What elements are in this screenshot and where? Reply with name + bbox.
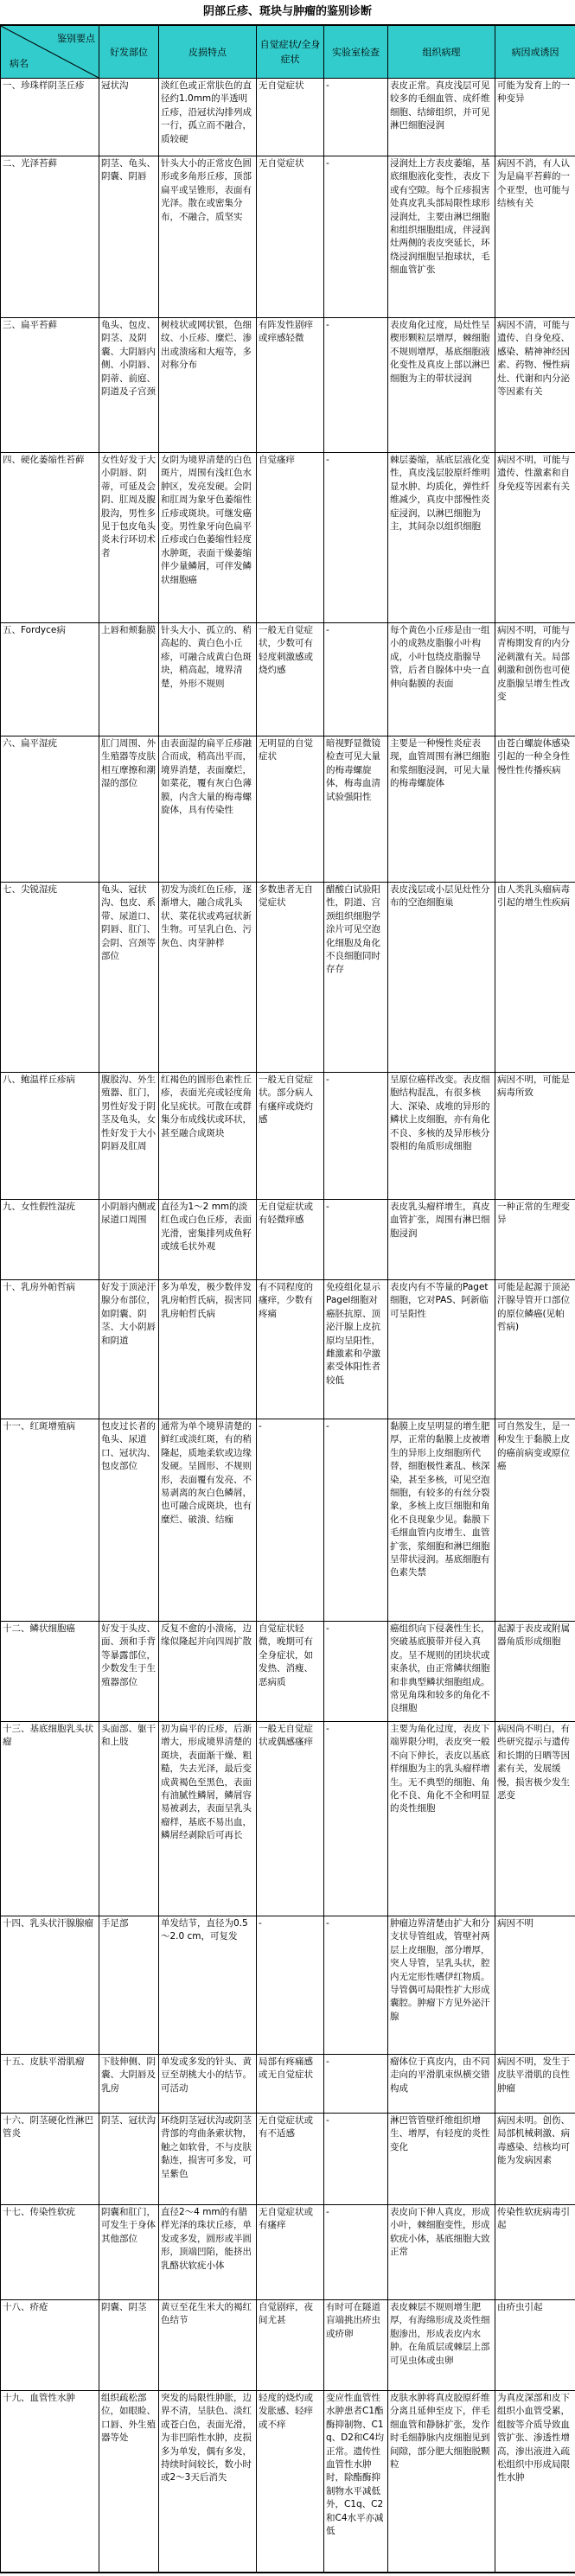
lesion-cell: 反复不愈的小溃疡，边缘似隆起并向四周扩散	[159, 1622, 257, 1722]
site-cell: 手足部	[99, 1916, 159, 2055]
site-cell: 女性好发于大小阴唇、阴蒂，可延及会阴、肛周及腹股沟，男性多见于包皮龟头炎未行环切…	[99, 453, 159, 623]
column-header-pathology: 组织病理	[388, 25, 495, 79]
symptom-cell: 一般无自觉症状。部分病人有瘙痒或烧灼感	[257, 1073, 324, 1200]
lab-cell: 变应性血管性水肿患者C1酯酶抑制物、C1q、D2和C4均正常。遗传性血管性水肿时…	[324, 2391, 388, 2573]
site-cell: 组织疏松部位，如眼睑、口唇、外生殖器等处	[99, 2391, 159, 2573]
site-cell: 阴茎、龟头、阴囊、阴唇	[99, 156, 159, 318]
cause-cell: 病因不明，发生于皮肤平滑肌的良性肿瘤	[495, 2055, 575, 2114]
table-row: 十、乳房外帕哲病好发于顶泌汗腺分布部位，如阴囊、阴茎、大小阴唇和阴道多为单发，极…	[1, 1280, 575, 1419]
disease-name-cell: 四、硬化萎缩性苔藓	[1, 453, 99, 623]
cause-cell: 病因不明，可能与遗传、性激素和自身免疫等因素有关	[495, 453, 575, 623]
lesion-cell: 多为单发，极少数伴发乳房帕哲氏病，损害同乳房帕哲氏病	[159, 1280, 257, 1419]
table-row: 十九、血管性水肿组织疏松部位，如眼睑、口唇、外生殖器等处突发的局限性肿胀，边界不…	[1, 2391, 575, 2573]
table-row: 三、扁平苔藓龟头、包皮、阴茎、及阴囊、大阴唇内侧、小阴唇、阴蒂、前庭、阴道及子宫…	[1, 318, 575, 453]
site-cell: 龟头、冠状沟、包皮、系带、尿道口、阴唇、肛门、会阴、宫颈等部位	[99, 883, 159, 1073]
lab-cell: 有时可在隧道盲端挑出疥虫或疥卵	[324, 2300, 388, 2391]
pathology-cell: 棘层萎缩，基底层液化变性，真皮浅层胶原纤维明显水肿、均质化，弹性纤维减少，真皮中…	[388, 453, 495, 623]
cause-cell: 由苍白螺旋体感染引起的一种全身性慢性性传播疾病	[495, 736, 575, 883]
site-cell: 阴茎、冠状沟	[99, 2114, 159, 2205]
pathology-cell: 表皮乳头瘤样增生，真皮血管扩张，周围有淋巴细胞浸润	[388, 1200, 495, 1280]
table-row: 十五、皮肤平滑肌瘤下肢伸侧、阴囊、大阴唇及乳房单发或多发的针头、黄豆至胡桃大小的…	[1, 2055, 575, 2114]
pathology-cell: 呈原位癌样改变。表皮细胞结构混乱，有很多核大、深染、成堆的异形的鳞状上皮细胞，亦…	[388, 1073, 495, 1200]
pathology-cell: 主要是一种慢性炎症表现，血管周围有淋巴细胞和浆细胞浸润，可见大量的梅毒螺旋体	[388, 736, 495, 883]
cause-cell: 可能是起源于顶泌汗腺导管开口部位的原位鳞癌(见帕哲病)	[495, 1280, 575, 1419]
symptom-cell: 自觉症状轻微，晚期可有全身症状，如发热、消瘦、恶病质	[257, 1622, 324, 1722]
table-row: 一、珍珠样阴茎丘疹冠状沟淡红色或正常肤色的直径约1.0mm的半透明丘疹，沿冠状沟…	[1, 79, 575, 156]
lesion-cell: 通常为单个境界清楚的鲜红或淡红斑，有的稍隆起，质地柔软或边缘发硬。呈圆形、不规则…	[159, 1419, 257, 1622]
lesion-cell: 单发或多发的针头、黄豆至胡桃大小的结节。可活动	[159, 2055, 257, 2114]
lab-cell: 免疫组化显示Pagel细胞对癌胚抗原、顶泌汗腺上皮抗原均呈阳性，雌激素和孕激素受…	[324, 1280, 388, 1419]
page-title: 阴部丘疹、斑块与肿瘤的鉴别诊断	[0, 0, 575, 24]
lesion-cell: 针头大小的正常皮色圆形或多角形丘疹，顶部扁平或呈锥形，表面有光泽。散在或密集分布…	[159, 156, 257, 318]
lab-cell: -	[324, 2114, 388, 2205]
pathology-cell: 每个黄色小丘疹是由一组小的成熟皮脂腺小叶构成，小叶包绕皮脂腺导管，后者自腺体中央…	[388, 623, 495, 736]
lesion-cell: 红褐色的圆形色素性丘疹，表面光亮或轻度角化呈疣状。可散在或群集分布成线状或环状，…	[159, 1073, 257, 1200]
lesion-cell: 由表面湿的扁平丘疹融合而成，稍高出平而，境界消楚，表面糜烂，如菜花，覆有灰白色薄…	[159, 736, 257, 883]
lab-cell: -	[324, 156, 388, 318]
pathology-cell: 表皮浅层或小层见灶性分布的空泡细胞巢	[388, 883, 495, 1073]
symptom-cell: 无自觉症状或有瘙痒	[257, 2205, 324, 2300]
symptom-cell: 局部有疼痛感或无自觉症状	[257, 2055, 324, 2114]
lab-cell: -	[324, 1073, 388, 1200]
lab-cell: 暗视野显微镜检查可见大量的梅毒螺旋体，梅毒血清试验强阳性	[324, 736, 388, 883]
pathology-cell: 表皮正常。真皮浅层可见较多的毛细血管、成纤维细胞、结缔组织，并可见淋巴细胞浸润	[388, 79, 495, 156]
lab-cell: -	[324, 1200, 388, 1280]
cause-cell: 病因不明，可能与青梅期发育的内分泌刺激有关。局部刺激和创伤也可使皮脂腺呈增生性改…	[495, 623, 575, 736]
table-row: 十七、传染性软疣阴囊和肛门，可发生于身体其他部位直径2～4 mm的有腊样光泽的珠…	[1, 2205, 575, 2300]
symptom-cell: -	[257, 1419, 324, 1622]
lab-cell: -	[324, 1916, 388, 2055]
column-header-cause: 病因或诱因	[495, 25, 575, 79]
site-cell: 冠状沟	[99, 79, 159, 156]
cause-cell: 可能为发育上的一种变异	[495, 79, 575, 156]
cause-cell: 可自然发生，是一种发生于黏膜上皮的癌前病变或原位癌	[495, 1419, 575, 1622]
symptom-cell: 无自觉症状	[257, 79, 324, 156]
symptom-cell: 一般无自觉症状，少数可有轻度刺激感或烧灼感	[257, 623, 324, 736]
pathology-cell: 表皮内有不等量的Paget细胞，它对PAS、阿新临可呈阳性	[388, 1280, 495, 1419]
site-cell: 腹股沟、外生殖器、肛门，男性好发于阴茎及龟头，女性好发于大小阴唇及肛周	[99, 1073, 159, 1200]
cause-cell: 病因尚不明白，有些研究提示与遗传和长期的日晒等因素有关，发展缓慢，损害极少发生恶…	[495, 1722, 575, 1916]
table-row: 十八、疥疮阴囊、阴茎黄豆至花生米大的褐红色结节自觉剧痒，夜间尤甚有时可在隧道盲端…	[1, 2300, 575, 2391]
column-header-lesion: 皮损特点	[159, 25, 257, 79]
symptom-cell: 无自觉症状或有不适感	[257, 2114, 324, 2205]
table-row: 二、光泽苔藓阴茎、龟头、阴囊、阴唇针头大小的正常皮色圆形或多角形丘疹，顶部扁平或…	[1, 156, 575, 318]
corner-header-cell: 鉴别要点 病名	[1, 25, 99, 79]
pathology-cell: 淋巴管管壁纤维组织增生、增厚，有轻度的炎性变化	[388, 2114, 495, 2205]
symptom-cell: 无明显的自觉症状	[257, 736, 324, 883]
table-row: 十四、乳头状汗腺腺瘤手足部单发结节，直径为0.5～2.0 cm，可复发--肿瘤边…	[1, 1916, 575, 2055]
lesion-cell: 突发的局限性肿胀，边界不清，呈肤色、淡红或苍白色，表面光滑，为非凹陷性水肿，皮损…	[159, 2391, 257, 2573]
corner-criteria-label: 鉴别要点	[57, 31, 95, 46]
lesion-cell: 女阴为境界清楚的白色斑片，周围有浅红色水肿区，发亮发硬。会阴和肛周为象牙色萎缩性…	[159, 453, 257, 623]
disease-name-cell: 三、扁平苔藓	[1, 318, 99, 453]
column-header-site: 好发部位	[99, 25, 159, 79]
lesion-cell: 淡红色或正常肤色的直径约1.0mm的半透明丘疹，沿冠状沟排列成一行，孤立而不融合…	[159, 79, 257, 156]
pathology-cell: 主要为角化过度，表皮下端界限分明，表皮突一般不向下伸长，表皮以基底样细胞为主的乳…	[388, 1722, 495, 1916]
column-header-lab: 实验室检查	[324, 25, 388, 79]
lesion-cell: 单发结节，直径为0.5～2.0 cm，可复发	[159, 1916, 257, 2055]
cause-cell: 为真皮深部和皮下组织小血管受累，组胺等介质导致血管扩张、渗透性增高，渗出液进入疏…	[495, 2391, 575, 2573]
table-row: 七、尖锐湿疣龟头、冠状沟、包皮、系带、尿道口、阴唇、肛门、会阴、宫颈等部位初发为…	[1, 883, 575, 1073]
symptom-cell: 无自觉症状	[257, 156, 324, 318]
lab-cell: -	[324, 1622, 388, 1722]
pathology-cell: 表皮棘层不规则增生肥厚，有海绵形成及炎性细胞渗出，形成表皮内水肿。在角质层或棘层…	[388, 2300, 495, 2391]
cause-cell: 一种正常的生理变异	[495, 1200, 575, 1280]
table-row: 五、Fordyce病上唇和颊黏膜针头大小、孤立的、稍高起的、黄白色小丘疹，可融合…	[1, 623, 575, 736]
symptom-cell: 自觉瘙痒	[257, 453, 324, 623]
lab-cell: -	[324, 79, 388, 156]
table-row: 六、扁平湿疣肛门周围、外生殖器等皮肤相互摩擦和潮湿的部位由表面湿的扁平丘疹融合而…	[1, 736, 575, 883]
disease-name-cell: 六、扁平湿疣	[1, 736, 99, 883]
lesion-cell: 树枝状或网状银，色细纹、小丘疹、糜烂、渗出或溃疡和大疱等，多对称分布	[159, 318, 257, 453]
lesion-cell: 直径为1～2 mm的淡红色或白色丘疹，表面光滑，密集排列成鱼籽或绒毛状外观	[159, 1200, 257, 1280]
lab-cell: 醋酸白试验阳性，阴道、宫颈组织细胞学涂片可见空泡化细胞及角化不良细胞同时存存	[324, 883, 388, 1073]
symptom-cell: 无自觉症状或有轻微痒感	[257, 1200, 324, 1280]
disease-name-cell: 一、珍珠样阴茎丘疹	[1, 79, 99, 156]
disease-name-cell: 五、Fordyce病	[1, 623, 99, 736]
pathology-cell: 浸润灶上方表皮萎缩，基底细胞液化变性，表皮下或有空隙。每个丘疹损害处真皮乳头部局…	[388, 156, 495, 318]
cause-cell: 病因未明。创伤、局部机械刺激、病毒感染、结核均可能为发病因素	[495, 2114, 575, 2205]
disease-name-cell: 八、鲍温样丘疹病	[1, 1073, 99, 1200]
disease-name-cell: 二、光泽苔藓	[1, 156, 99, 318]
symptom-cell: 多数患者无自觉症状	[257, 883, 324, 1073]
table-row: 十一、红斑增殖病包皮过长者的龟头、尿道口、冠状沟、包皮部位通常为单个境界清楚的鲜…	[1, 1419, 575, 1622]
cause-cell: 病因不清，可能与遗传、自身免疫、感染、精神神经因素、药物、慢性病灶、代谢和内分泌…	[495, 318, 575, 453]
pathology-cell: 表皮角化过度，局灶性呈楔形颗粒层增厚，棘细胞不规则增厚，基底细胞液化变性及真皮上…	[388, 318, 495, 453]
header-row: 鉴别要点 病名 好发部位 皮损特点 自觉症状/全身症状 实验室检查 组织病理 病…	[1, 25, 575, 79]
site-cell: 小阴唇内侧或尿道口周围	[99, 1200, 159, 1280]
disease-name-cell: 十七、传染性软疣	[1, 2205, 99, 2300]
table-row: 十三、基底细胞乳头状瘤头面部、躯干和上肢初为扁平的丘疹，后渐增大，形成境界清楚的…	[1, 1722, 575, 1916]
site-cell: 肛门周围、外生殖器等皮肤相互摩擦和潮湿的部位	[99, 736, 159, 883]
site-cell: 头面部、躯干和上肢	[99, 1722, 159, 1916]
pathology-cell: 肿瘤边界清楚由扩大和分支状导管组成，管壁衬两层上皮细胞，部分增厚，突人导管，呈乳…	[388, 1916, 495, 2055]
site-cell: 龟头、包皮、阴茎、及阴囊、大阴唇内侧、小阴唇、阴蒂、前庭、阴道及子宫颈	[99, 318, 159, 453]
pathology-cell: 瘤体位于真皮内，由不同走向的平滑肌束纵横交错构成	[388, 2055, 495, 2114]
lesion-cell: 黄豆至花生米大的褐红色结节	[159, 2300, 257, 2391]
disease-name-cell: 十三、基底细胞乳头状瘤	[1, 1722, 99, 1916]
table-row: 八、鲍温样丘疹病腹股沟、外生殖器、肛门，男性好发于阴茎及龟头，女性好发于大小阴唇…	[1, 1073, 575, 1200]
symptom-cell: 有不同程度的瘙痒，少数有疼痛	[257, 1280, 324, 1419]
corner-disease-label: 病名	[10, 56, 29, 71]
disease-name-cell: 九、女性假性湿疣	[1, 1200, 99, 1280]
lab-cell: -	[324, 1722, 388, 1916]
cause-cell: 起源于表皮或附属器角质形成细胞	[495, 1622, 575, 1722]
disease-name-cell: 十六、阴茎硬化性淋巴管炎	[1, 2114, 99, 2205]
site-cell: 下肢伸侧、阴囊、大阴唇及乳房	[99, 2055, 159, 2114]
disease-name-cell: 十九、血管性水肿	[1, 2391, 99, 2573]
disease-name-cell: 十、乳房外帕哲病	[1, 1280, 99, 1419]
lesion-cell: 针头大小、孤立的、稍高起的、黄白色小丘疹，可融合成黄白色斑块，稍高起，境界清楚，…	[159, 623, 257, 736]
table-row: 十二、鳞状细胞癌好发于头皮、面、颈和手背等暴露部位，少数发生于生殖器部位反复不愈…	[1, 1622, 575, 1722]
cause-cell: 病因不明，可能是病毒所致	[495, 1073, 575, 1200]
site-cell: 好发于顶泌汗腺分布部位，如阴囊、阴茎、大小阴唇和阴道	[99, 1280, 159, 1419]
lesion-cell: 环绕阴茎冠状沟或阴茎背部的弯曲条索状物，触之如软骨，不与皮肤黏连，损害可多发，可…	[159, 2114, 257, 2205]
table-row: 十六、阴茎硬化性淋巴管炎阴茎、冠状沟环绕阴茎冠状沟或阴茎背部的弯曲条索状物，触之…	[1, 2114, 575, 2205]
symptom-cell: 轻度的烧灼或发胀感、轻痒或不痒	[257, 2391, 324, 2573]
symptom-cell: 有阵发性剧痒或痒感轻微	[257, 318, 324, 453]
cause-cell: 病因不明	[495, 1916, 575, 2055]
site-cell: 阴囊和肛门，可发生于身体其他部位	[99, 2205, 159, 2300]
table-row: 四、硬化萎缩性苔藓女性好发于大小阴唇、阴蒂，可延及会阴、肛周及腹股沟，男性多见于…	[1, 453, 575, 623]
disease-name-cell: 十二、鳞状细胞癌	[1, 1622, 99, 1722]
lesion-cell: 直径2～4 mm的有腊样光泽的珠状丘疹，单发或多发，圆形或半圆形，顶端凹陷，能挤…	[159, 2205, 257, 2300]
disease-name-cell: 七、尖锐湿疣	[1, 883, 99, 1073]
cause-cell: 传染性软疣病毒引起	[495, 2205, 575, 2300]
lesion-cell: 初发为淡红色丘疹，逐渐增大，融合成乳头状、菜花状或鸡冠状新生物。可呈乳白色、污灰…	[159, 883, 257, 1073]
differential-diagnosis-table: 鉴别要点 病名 好发部位 皮损特点 自觉症状/全身症状 实验室检查 组织病理 病…	[0, 24, 575, 2573]
lab-cell: -	[324, 453, 388, 623]
pathology-cell: 皮肤水肿将真皮胶原纤维分离且延伸至皮下，伴毛细血管和静脉扩张，发作时毛细静脉内皮…	[388, 2391, 495, 2573]
disease-name-cell: 十四、乳头状汗腺腺瘤	[1, 1916, 99, 2055]
disease-name-cell: 十五、皮肤平滑肌瘤	[1, 2055, 99, 2114]
lab-cell: -	[324, 1419, 388, 1622]
table-row: 九、女性假性湿疣小阴唇内侧或尿道口周围直径为1～2 mm的淡红色或白色丘疹，表面…	[1, 1200, 575, 1280]
pathology-cell: 癌组织向下侵袭性生长，突破基底膜带并侵入真皮。呈不规则的团块状或束条状，由正常鳞…	[388, 1622, 495, 1722]
disease-name-cell: 十八、疥疮	[1, 2300, 99, 2391]
symptom-cell: 一般无自觉症状或偶感瘙痒	[257, 1722, 324, 1916]
lab-cell: -	[324, 623, 388, 736]
disease-name-cell: 十一、红斑增殖病	[1, 1419, 99, 1622]
site-cell: 包皮过长者的龟头、尿道口、冠状沟、包皮部位	[99, 1419, 159, 1622]
site-cell: 阴囊、阴茎	[99, 2300, 159, 2391]
cause-cell: 由人类乳头瘤病毒引起的增生性疾病	[495, 883, 575, 1073]
symptom-cell: 自觉剧痒，夜间尤甚	[257, 2300, 324, 2391]
lesion-cell: 初为扁平的丘疹，后渐增大，形成境界清楚的斑块，表面渐干燥、粗糙，失去光泽，最后变…	[159, 1722, 257, 1916]
site-cell: 好发于头皮、面、颈和手背等暴露部位，少数发生于生殖器部位	[99, 1622, 159, 1722]
pathology-cell: 黏膜上皮呈明显的增生肥厚，正常的黏膜上皮被增生的异形上皮细胞所代替，细胞极性紊乱…	[388, 1419, 495, 1622]
lab-cell: -	[324, 2055, 388, 2114]
cause-cell: 由疥虫引起	[495, 2300, 575, 2391]
pathology-cell: 表皮向下伸人真皮，形成小叶，棘细胞变性，形成软疣小体，基底细胞大致正常	[388, 2205, 495, 2300]
cause-cell: 病因不消，有人认为是扁平苔藓的一个亚型，也可能与结核有关	[495, 156, 575, 318]
lab-cell: -	[324, 318, 388, 453]
column-header-symptom: 自觉症状/全身症状	[257, 25, 324, 79]
lab-cell: -	[324, 2205, 388, 2300]
site-cell: 上唇和颊黏膜	[99, 623, 159, 736]
symptom-cell: -	[257, 1916, 324, 2055]
